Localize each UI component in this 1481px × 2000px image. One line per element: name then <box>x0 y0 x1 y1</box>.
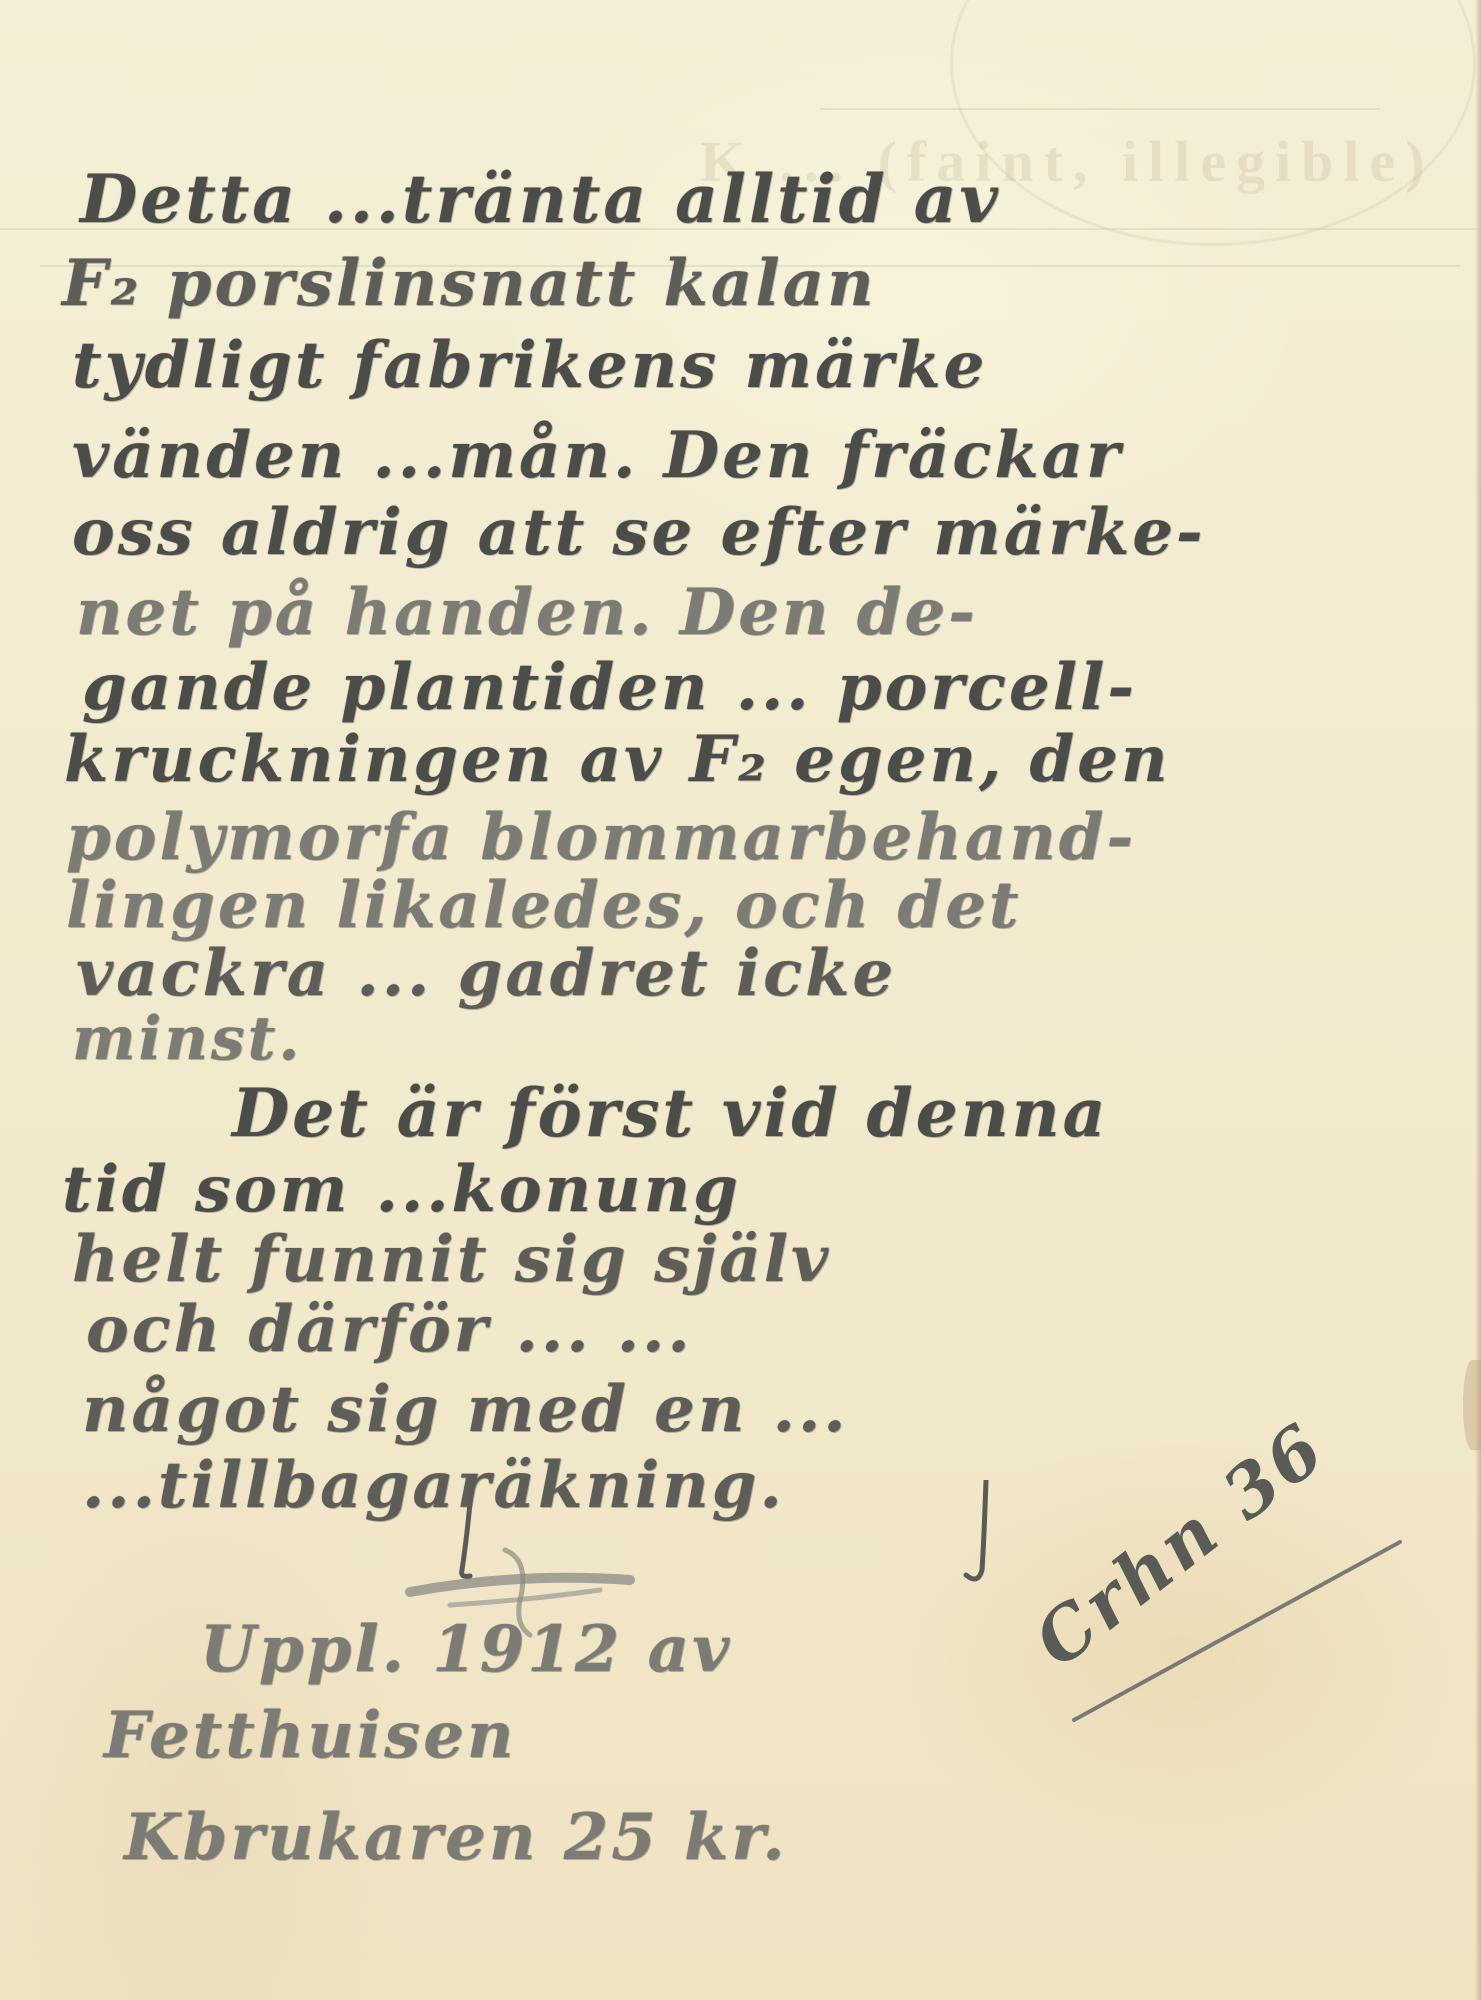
page-edge-shadow <box>1475 0 1481 2000</box>
footer-line: Fetthuisen <box>104 1698 516 1773</box>
text-line: net på handen. Den de- <box>76 575 978 650</box>
text-line: F₂ porslinsnatt kalan <box>62 246 877 321</box>
paper-stain <box>1463 1360 1481 1450</box>
text-line: lingen likaledes, och det <box>66 868 1021 943</box>
text-line: gande plantiden ... porcell- <box>82 650 1137 725</box>
text-line: polymorfa blommarbehand- <box>66 800 1136 875</box>
text-line: vänden ...mån. Den fräckar <box>72 418 1123 493</box>
text-line: tid som ...konung <box>62 1152 741 1227</box>
text-line: helt funnit sig själv <box>72 1222 831 1297</box>
text-line: Det är först vid denna <box>232 1074 1108 1152</box>
text-line: minst. <box>72 1004 302 1074</box>
text-line: kruckningen av F₂ egen, den <box>64 722 1171 797</box>
footer-line: Kbrukaren 25 kr. <box>124 1800 788 1875</box>
text-line: tydligt fabrikens märke <box>72 328 987 403</box>
text-line: vackra ... gadret icke <box>76 936 896 1011</box>
footer-line: Uppl. 1912 av <box>200 1612 732 1687</box>
text-line: oss aldrig att se efter märke- <box>72 495 1206 570</box>
text-line: Detta ...tränta alltid av <box>80 160 1001 238</box>
text-line: ...tillbagaräkning. <box>82 1448 785 1523</box>
descender-stroke <box>960 1480 1000 1590</box>
descender-stroke <box>450 1480 490 1580</box>
text-line: och därför ... ... <box>86 1292 693 1367</box>
text-line: något sig med en ... <box>82 1372 849 1447</box>
